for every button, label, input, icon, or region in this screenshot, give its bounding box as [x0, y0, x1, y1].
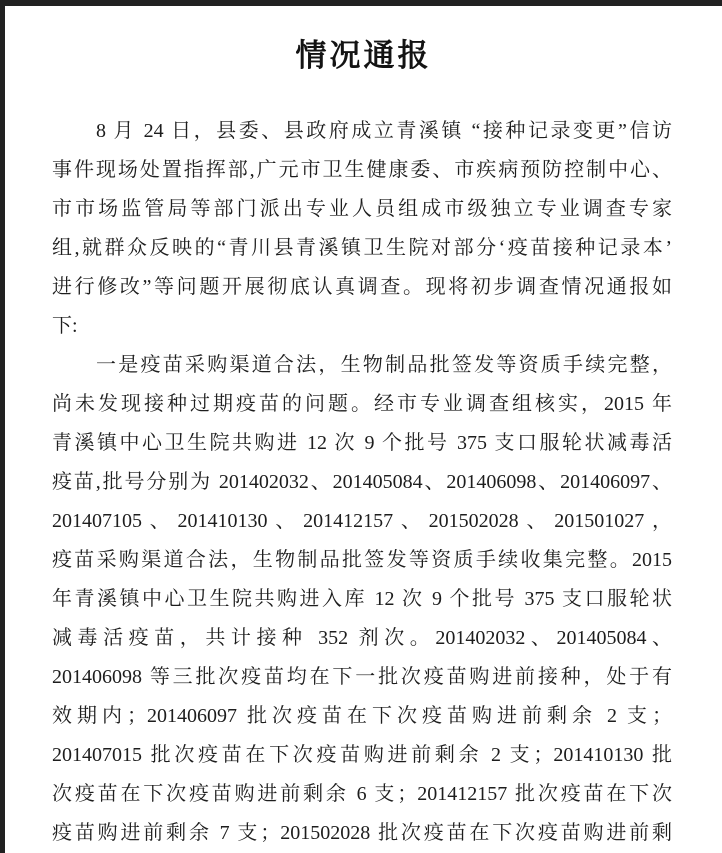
text-line: 下: [52, 307, 672, 346]
text-line: 效期内；201406097 批次疫苗在下次疫苗购进前剩余 2 支； [52, 697, 672, 736]
text-line: 青溪镇中心卫生院共购进 12 次 9 个批号 375 支口服轮状减毒活 [52, 424, 672, 463]
notice-title: 情况通报 [5, 30, 722, 75]
text-line: 疫苗,批号分别为 201402032、201405084、201406098、2… [52, 463, 672, 502]
text-line: 市市场监管局等部门派出专业人员组成市级独立专业调查专家 [52, 190, 672, 229]
text-line: 一是疫苗采购渠道合法，生物制品批签发等资质手续完整， [52, 346, 672, 385]
text-line: 201407105、201410130、201412157、201502028、… [52, 502, 672, 541]
paragraph-intro: 8 月 24 日，县委、县政府成立青溪镇 “接种记录变更”信访 事件现场处置指挥… [52, 112, 672, 346]
text-line: 201407015 批次疫苗在下次疫苗购进前剩余 2 支；201410130 批 [52, 736, 672, 775]
text-line: 减毒活疫苗，共计接种 352 剂次。201402032、201405084、 [52, 619, 672, 658]
paragraph-findings: 一是疫苗采购渠道合法，生物制品批签发等资质手续完整， 尚未发现接种过期疫苗的问题… [52, 346, 672, 853]
text-line: 年青溪镇中心卫生院共购进入库 12 次 9 个批号 375 支口服轮状 [52, 580, 672, 619]
text-line: 组,就群众反映的“青川县青溪镇卫生院对部分‘疫苗接种记录本’ [52, 229, 672, 268]
notice-body: 8 月 24 日，县委、县政府成立青溪镇 “接种记录变更”信访 事件现场处置指挥… [52, 112, 672, 853]
text-line: 次疫苗在下次疫苗购进前剩余 6 支；201412157 批次疫苗在下次 [52, 775, 672, 814]
text-line: 疫苗采购渠道合法，生物制品批签发等资质手续收集完整。2015 [52, 541, 672, 580]
text-line: 8 月 24 日，县委、县政府成立青溪镇 “接种记录变更”信访 [52, 112, 672, 151]
text-line: 进行修改”等问题开展彻底认真调查。现将初步调查情况通报如 [52, 268, 672, 307]
text-line: 疫苗购进前剩余 7 支；201502028 批次疫苗在下次疫苗购进前剩 [52, 814, 672, 853]
text-line: 尚未发现接种过期疫苗的问题。经市专业调查组核实，2015 年 [52, 385, 672, 424]
text-line: 201406098 等三批次疫苗均在下一批次疫苗购进前接种，处于有 [52, 658, 672, 697]
scan-border-left [0, 0, 5, 853]
scan-border-top [0, 0, 722, 6]
document-page: 情况通报 8 月 24 日，县委、县政府成立青溪镇 “接种记录变更”信访 事件现… [0, 0, 722, 853]
text-line: 事件现场处置指挥部,广元市卫生健康委、市疾病预防控制中心、 [52, 151, 672, 190]
